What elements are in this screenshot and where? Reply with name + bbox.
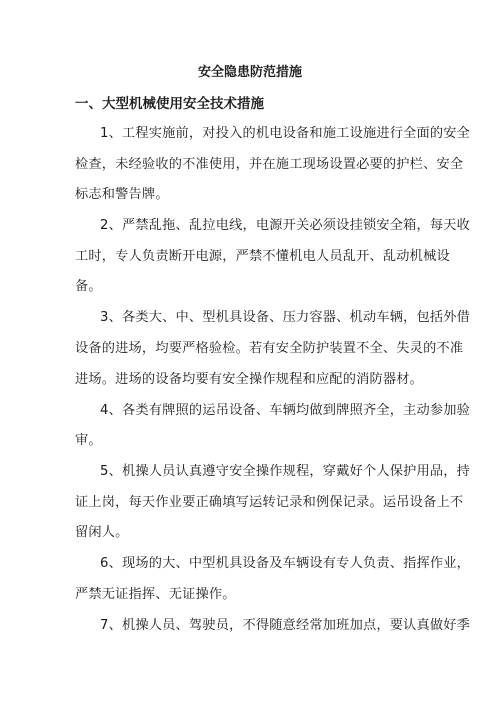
section-heading: 一、大型机械使用安全技术措施 — [75, 95, 264, 113]
paragraph-line: 3、各类大、中、型机具设备、压力容器、机动车辆，包括外借 — [100, 309, 470, 327]
paragraph-line: 工时，专人负责断开电源，严禁不懂机电人员乱开、乱动机械设 — [75, 248, 450, 266]
paragraph-line: 2、严禁乱拖、乱拉电线，电源开关必须设挂锁安全箱，每天收 — [100, 217, 470, 235]
paragraph-line: 7、机操人员、驾驶员，不得随意经常加班加点，要认真做好季 — [100, 617, 470, 635]
document-title: 安全隐患防范措施 — [0, 64, 500, 82]
paragraph-line: 标志和警告牌。 — [75, 186, 169, 204]
paragraph-line: 设备的进场，均要严格验检。若有安全防护装置不全、失灵的不准 — [75, 340, 463, 358]
paragraph-line: 6、现场的大、中型机具设备及车辆设有专人负责、指挥作业， — [100, 555, 470, 573]
document-page: 安全隐患防范措施 一、大型机械使用安全技术措施 1、工程实施前，对投入的机电设备… — [0, 0, 500, 707]
paragraph-line: 证上岗，每天作业要正确填写运转记录和例保记录。运吊设备上不 — [75, 494, 463, 512]
paragraph-line: 1、工程实施前，对投入的机电设备和施工设施进行全面的安全 — [100, 125, 470, 143]
paragraph-line: 备。 — [75, 278, 102, 296]
paragraph-line: 4、各类有牌照的运吊设备、车辆均做到牌照齐全，主动参加验 — [100, 402, 470, 420]
paragraph-line: 检查，未经验收的不准使用，并在施工现场设置必要的护栏、安全 — [75, 156, 463, 174]
paragraph-line: 严禁无证指挥、无证操作。 — [75, 586, 236, 604]
paragraph-line: 进场。进场的设备均要有安全操作规程和应配的消防器材。 — [75, 371, 423, 389]
paragraph-line: 留闲人。 — [75, 524, 129, 542]
paragraph-line: 审。 — [75, 432, 102, 450]
paragraph-line: 5、机操人员认真遵守安全操作规程，穿戴好个人保护用品，持 — [100, 463, 470, 481]
